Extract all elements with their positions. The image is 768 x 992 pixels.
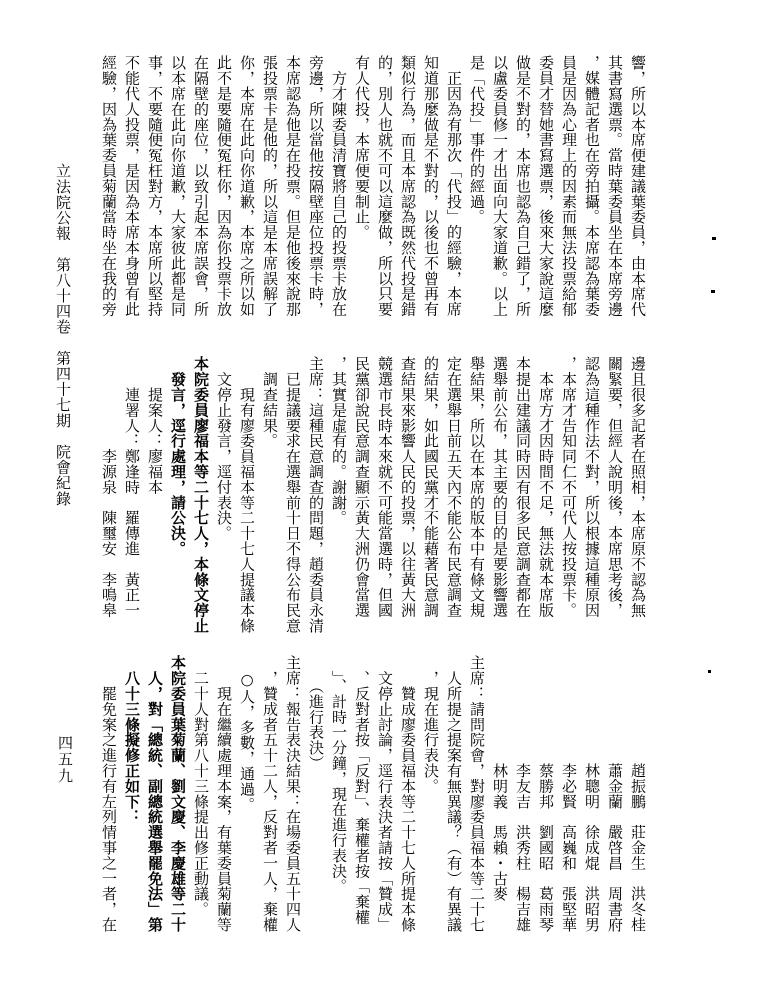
text-column: 邊且很多記者在照相，本席原不認為無 xyxy=(626,356,649,618)
gazette-scan-page: { "publication_header": { "title": "立法院公… xyxy=(0,0,768,992)
text-column: 現有廖委員福本等二十七人提議本條 xyxy=(235,356,258,618)
text-column: 李友吉 洪秀柱 楊吉雄 xyxy=(511,655,534,929)
text-column: （進行表決） xyxy=(304,655,327,929)
text-column: 響，所以本席便建議葉委員，由本席代 xyxy=(626,55,649,315)
text-column: ，現在進行表決。 xyxy=(419,655,442,929)
text-column: 本席方才因時間不足，無法就本席版 xyxy=(534,356,557,618)
text-column: 、反對者按「反對」、棄權者按「棄權 xyxy=(350,655,373,929)
text-column: 經驗，因為葉委員菊蘭當時坐在我的旁 xyxy=(97,55,120,315)
text-column: 林明義 馬賴・古麥 xyxy=(488,655,511,929)
text-column: 競選市長時本來就不可能當選時，但國 xyxy=(373,356,396,618)
text-column: 主席：這種民意調查的問題，趙委員永清 xyxy=(304,356,327,618)
edition-header: 立法院公報 第八十四卷 第四十七期 院會紀錄 xyxy=(52,163,74,506)
text-column: 調查結果。 xyxy=(258,356,281,618)
text-column: 選舉前公布，其主要的目的是要影響選 xyxy=(488,356,511,618)
text-column: 查結果來影響人民的投票，以往黃大洲 xyxy=(396,356,419,618)
text-column: ○人，多數，通過。 xyxy=(235,655,258,929)
text-column: 方才陳委員清寶將自己的投票卡放在 xyxy=(327,55,350,315)
text-column: 贊成廖委員福本等二十七人所提本條 xyxy=(396,655,419,929)
text-column: 主席：請問院會，對廖委員福本等二十七 xyxy=(465,655,488,929)
text-column: 事，不要隨便冤枉對方，本席所以堅持 xyxy=(143,55,166,315)
text-column: 趙振鵬 莊金生 洪冬桂 xyxy=(626,655,649,929)
text-column: 舉結果，所以在本席的版本中有條文規 xyxy=(465,356,488,618)
text-column: ，本席才告知同仁不可代人按投票卡。 xyxy=(557,356,580,618)
text-band-middle: 邊且很多記者在照相，本席原不認為無關緊要，但經人說明後，本席思考後，認為這種作法… xyxy=(96,356,649,618)
text-column: 人，對「總統、副總統選舉罷免法」第 xyxy=(143,655,166,929)
text-column: 做是不對的，本席也認為自己錯了，所 xyxy=(511,55,534,315)
text-column: 」、計時一分鐘，現在進行表決。 xyxy=(327,655,350,929)
text-column: 以本席在此向你道歉，大家彼此都是同 xyxy=(166,55,189,315)
text-column: 本席認為他是在投票。但是他後來說那 xyxy=(281,55,304,315)
text-column: 文停止討論，逕行表決者請按「贊成」 xyxy=(373,655,396,929)
text-column: 定在選舉日前五天內不能公布民意調查 xyxy=(442,356,465,618)
text-column: 二十人對第八十三條提出修正動議。 xyxy=(189,655,212,929)
text-column: 民黨卻說民意調查顯示黃大洲仍會當選 xyxy=(350,356,373,618)
text-column: 張投票卡是他的，所以這是本席誤解了 xyxy=(258,55,281,315)
text-column: 員是因為心理上的因素而無法投票給郁 xyxy=(557,55,580,315)
text-column: 此不是要隨便冤枉你，因為你投票卡放 xyxy=(212,55,235,315)
text-column: 連署人：鄭逢時 羅傳進 黃正一 xyxy=(120,356,143,618)
text-column: 在隔壁的座位，以致引起本席誤會，所 xyxy=(189,55,212,315)
text-column: 罷免案之進行有左列情事之一者，在 xyxy=(97,655,120,929)
text-column: 李必賢 高巍和 張堅華 xyxy=(557,655,580,929)
text-column: 關緊要，但經人說明後，本席思考後， xyxy=(603,356,626,618)
text-column: 提案人：廖福本 xyxy=(143,356,166,618)
text-column: 人所提之提案有無異議？（有）有異議 xyxy=(442,655,465,929)
text-column: ，贊成者五十二人，反對者一人，棄權 xyxy=(258,655,281,929)
text-band-top: 響，所以本席便建議葉委員，由本席代其書寫選票。當時葉委員坐在本席旁邊，媒體記者也… xyxy=(96,55,649,315)
page-number: 四五九 xyxy=(54,735,76,785)
text-column: 文停止發言，逕付表決。 xyxy=(212,356,235,618)
text-column: 蔡勝邦 劉國昭 葛雨琴 xyxy=(534,655,557,929)
text-column: 八十三條擬修正如下： xyxy=(120,655,143,929)
text-column: 認為這種作法不對，所以根據這種原因 xyxy=(580,356,603,618)
text-column: 知道那麼做是不對的，以後也不曾再有 xyxy=(419,55,442,315)
text-column: ，媒體記者也在旁拍攝。本席認為葉委 xyxy=(580,55,603,315)
text-column: 正因為有那次「代投」的經驗，本席 xyxy=(442,55,465,315)
text-column: 你，本席在此向你道歉，本席之所以如 xyxy=(235,55,258,315)
text-column: 已提議要求在選舉前十日不得公布民意 xyxy=(281,356,304,618)
text-column: 委員才替她書寫選票，後來大家說這麼 xyxy=(534,55,557,315)
text-column: 不能代人投票，是因為本席本身曾有此 xyxy=(120,55,143,315)
scan-speck xyxy=(708,670,711,673)
text-column: 李源泉 陳璽安 李鳴皋 xyxy=(97,356,120,618)
text-column: 現在繼續處理本案，有葉委員菊蘭等 xyxy=(212,655,235,929)
text-column: 類似行為，而且本席認為既然代投是錯 xyxy=(396,55,419,315)
text-column: 本院委員葉菊蘭、劉文慶、李慶雄等二十 xyxy=(166,655,189,929)
text-column: 旁邊，所以當他按隔壁座位投票卡時， xyxy=(304,55,327,315)
text-column: 林聰明 徐成焜 洪昭男 xyxy=(580,655,603,929)
text-column: 以盧委員修一才出面向大家道歉。以上 xyxy=(488,55,511,315)
text-column: 的，別人也就不可以這麼做，所以只要 xyxy=(373,55,396,315)
text-column: 是「代投」事件的經過。 xyxy=(465,55,488,315)
text-column: 有人代投，本席便要制止。 xyxy=(350,55,373,315)
text-column: 本院委員廖福本等二十七人，本條文停止 xyxy=(189,356,212,618)
text-column: 其書寫選票。當時葉委員坐在本席旁邊 xyxy=(603,55,626,315)
text-column: ，其實是虛有的。謝謝。 xyxy=(327,356,350,618)
scan-speck xyxy=(711,290,715,293)
text-column: 發言，逕行處理，請公決。 xyxy=(166,356,189,618)
text-column: 蕭金蘭 嚴啓昌 周書府 xyxy=(603,655,626,929)
text-band-bottom: 趙振鵬 莊金生 洪冬桂 蕭金蘭 嚴啓昌 周書府 林聰明 徐成焜 洪昭男 李必賢 … xyxy=(96,655,649,929)
text-column: 主席：報告表決結果：在場委員五十四人 xyxy=(281,655,304,929)
text-column: 本提出建議同時因有很多民意調查都在 xyxy=(511,356,534,618)
text-column: 的結果，如此國民黨才不能藉著民意調 xyxy=(419,356,442,618)
scan-speck xyxy=(712,237,716,240)
